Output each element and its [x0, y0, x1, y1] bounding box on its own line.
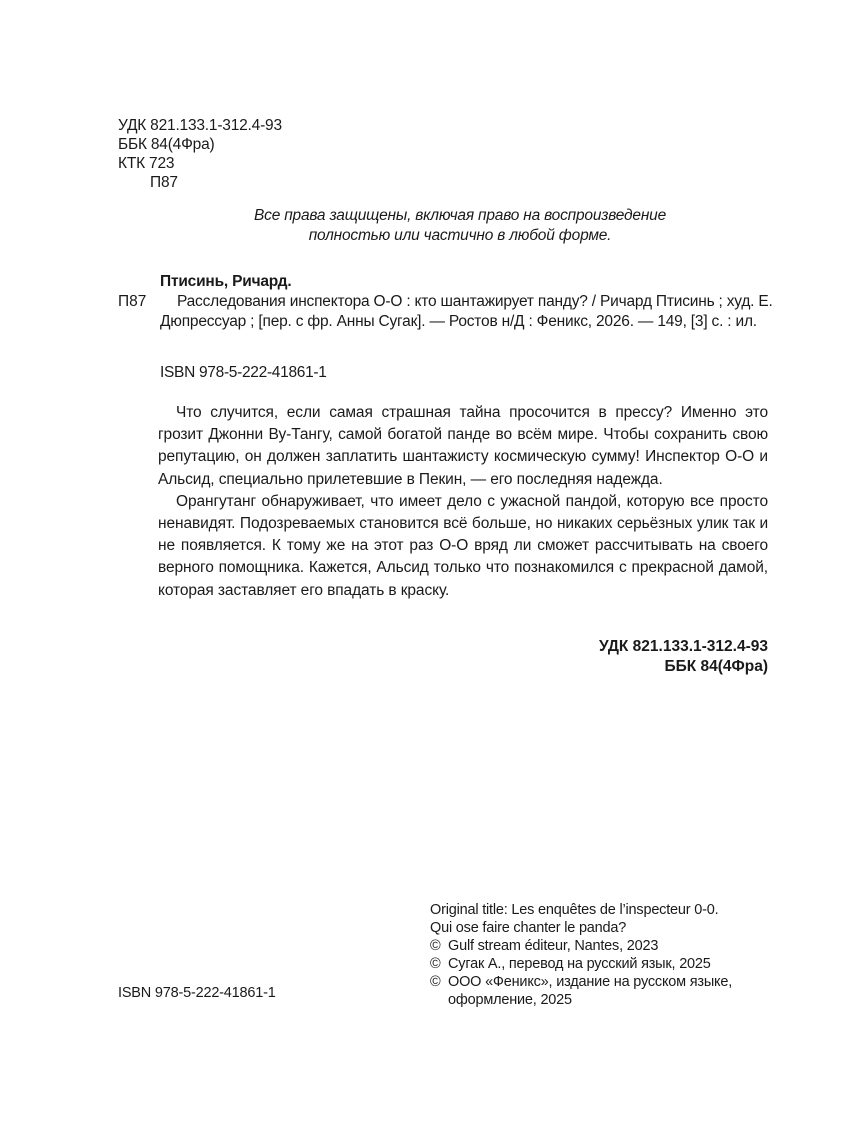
copyright-icon: ©: [430, 955, 448, 973]
rights-line-2: полностью или частично в любой форме.: [150, 226, 770, 246]
isbn-top: ISBN 978-5-222-41861-1: [160, 363, 327, 383]
original-title-line-2: Qui ose faire chanter le panda?: [430, 919, 732, 937]
bibliographic-record: Птисинь, Ричард. Расследования инспектор…: [160, 272, 775, 332]
copyright-icon: ©: [430, 973, 448, 991]
copyright-entry: © Сугак А., перевод на русский язык, 202…: [430, 955, 732, 973]
original-title-line-1: Original title: Les enquêtes de l’inspec…: [430, 901, 732, 919]
copyright-entry-continuation: оформление, 2025: [430, 991, 732, 1009]
rights-notice: Все права защищены, включая право на вос…: [150, 206, 770, 245]
isbn-bottom: ISBN 978-5-222-41861-1: [118, 984, 276, 1002]
biblio-author: Птисинь, Ричард.: [160, 272, 775, 292]
copyright-entry: © ООО «Феникс», издание на русском языке…: [430, 973, 732, 991]
ktk-code: КТК 723: [118, 154, 282, 173]
copyright-block: Original title: Les enquêtes de l’inspec…: [430, 901, 732, 1009]
annotation-paragraph: Что случится, если самая страшная тайна …: [158, 402, 768, 491]
classification-block: УДК 821.133.1-312.4-93 ББК 84(4Фра) КТК …: [118, 116, 282, 192]
annotation-paragraph: Орангутанг обнаруживает, что имеет дело …: [158, 491, 768, 602]
biblio-author-mark: П87: [118, 292, 146, 312]
classification-codes-right: УДК 821.133.1-312.4-93 ББК 84(4Фра): [599, 637, 768, 677]
author-mark: П87: [118, 173, 282, 192]
copyright-entry: © Gulf stream éditeur, Nantes, 2023: [430, 937, 732, 955]
udk-code: УДК 821.133.1-312.4-93: [118, 116, 282, 135]
bbk-code: ББК 84(4Фра): [118, 135, 282, 154]
udk-code-right: УДК 821.133.1-312.4-93: [599, 637, 768, 657]
biblio-description: Расследования инспектора О-О : кто шанта…: [160, 292, 775, 332]
annotation: Что случится, если самая страшная тайна …: [158, 402, 768, 602]
copyright-icon: ©: [430, 937, 448, 955]
bbk-code-right: ББК 84(4Фра): [599, 657, 768, 677]
rights-line-1: Все права защищены, включая право на вос…: [150, 206, 770, 226]
